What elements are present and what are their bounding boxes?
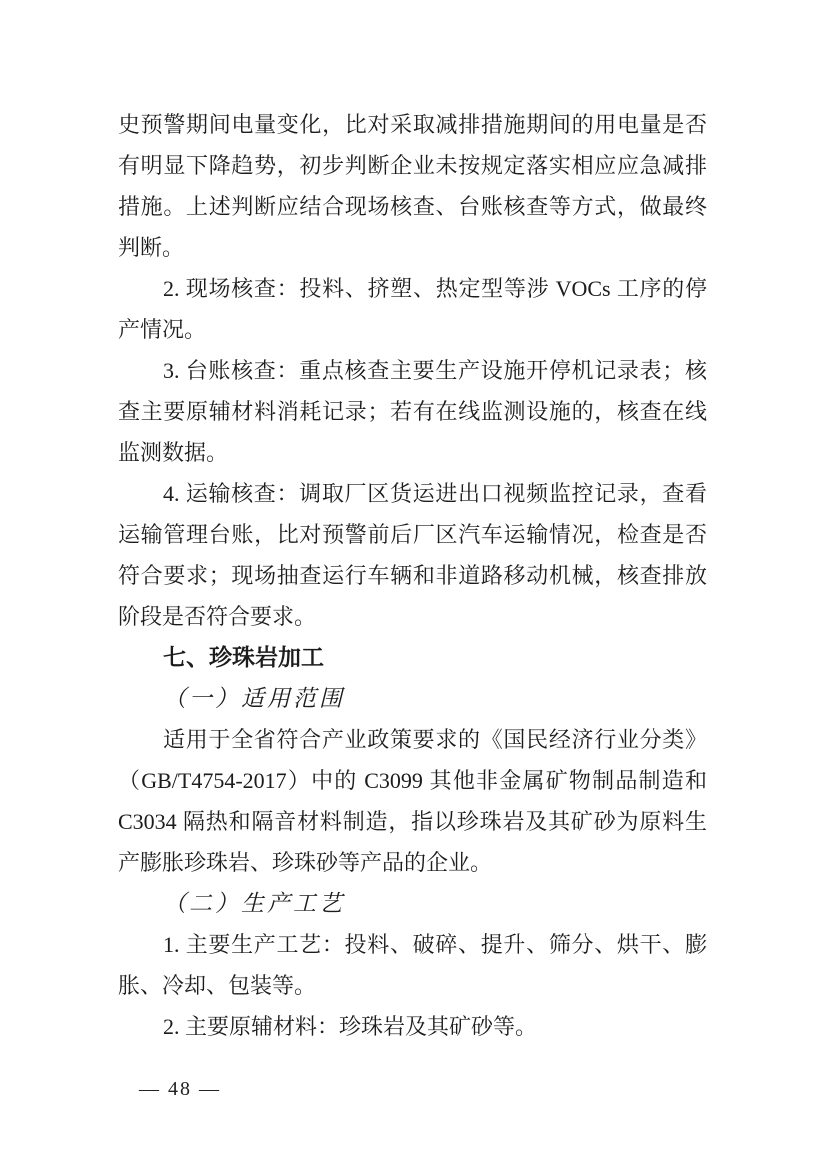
body-text-line: 产情况。 (118, 309, 707, 350)
section-heading: 七、珍珠岩加工 (118, 637, 707, 678)
body-text-line: 产膨胀珍珠岩、珍珠砂等产品的企业。 (118, 842, 707, 883)
body-text-line: 运输管理台账，比对预警前后厂区汽车运输情况，检查是否 (118, 514, 707, 555)
body-text-line: 判断。 (118, 227, 707, 268)
body-text-line: 查主要原辅材料消耗记录；若有在线监测设施的，核查在线 (118, 391, 707, 432)
subsection-heading: （一）适用范围 (118, 678, 707, 719)
body-text-line: 符合要求；现场抽查运行车辆和非道路移动机械，核查排放 (118, 555, 707, 596)
body-text-line: 胀、冷却、包装等。 (118, 965, 707, 1006)
subsection-heading: （二）生产工艺 (118, 883, 707, 924)
body-text-line: 4. 运输核查：调取厂区货运进出口视频监控记录，查看 (118, 473, 707, 514)
body-text-line: 1. 主要生产工艺：投料、破碎、提升、筛分、烘干、膨 (118, 924, 707, 965)
body-text-line: （GB/T4754-2017）中的 C3099 其他非金属矿物制品制造和 (118, 760, 707, 801)
body-text-line: 有明显下降趋势，初步判断企业未按规定落实相应应急减排 (118, 145, 707, 186)
body-text-line: 2. 主要原辅材料：珍珠岩及其矿砂等。 (118, 1006, 707, 1047)
body-text-line: 适用于全省符合产业政策要求的《国民经济行业分类》 (118, 719, 707, 760)
page-footer: — 48 — (139, 1078, 221, 1100)
body-text-line: 3. 台账核查：重点核查主要生产设施开停机记录表；核 (118, 350, 707, 391)
document-text-block: 史预警期间电量变化，比对采取减排措施期间的用电量是否 有明显下降趋势，初步判断企… (118, 104, 707, 1047)
body-text-line: 措施。上述判断应结合现场核查、台账核查等方式，做最终 (118, 186, 707, 227)
body-text-line: 史预警期间电量变化，比对采取减排措施期间的用电量是否 (118, 104, 707, 145)
document-page: 史预警期间电量变化，比对采取减排措施期间的用电量是否 有明显下降趋势，初步判断企… (0, 0, 826, 1169)
page-number: — 48 — (139, 1078, 221, 1100)
body-text-line: C3034 隔热和隔音材料制造，指以珍珠岩及其矿砂为原料生 (118, 801, 707, 842)
body-text-line: 阶段是否符合要求。 (118, 596, 707, 637)
body-text-line: 监测数据。 (118, 432, 707, 473)
body-text-line: 2. 现场核查：投料、挤塑、热定型等涉 VOCs 工序的停 (118, 268, 707, 309)
